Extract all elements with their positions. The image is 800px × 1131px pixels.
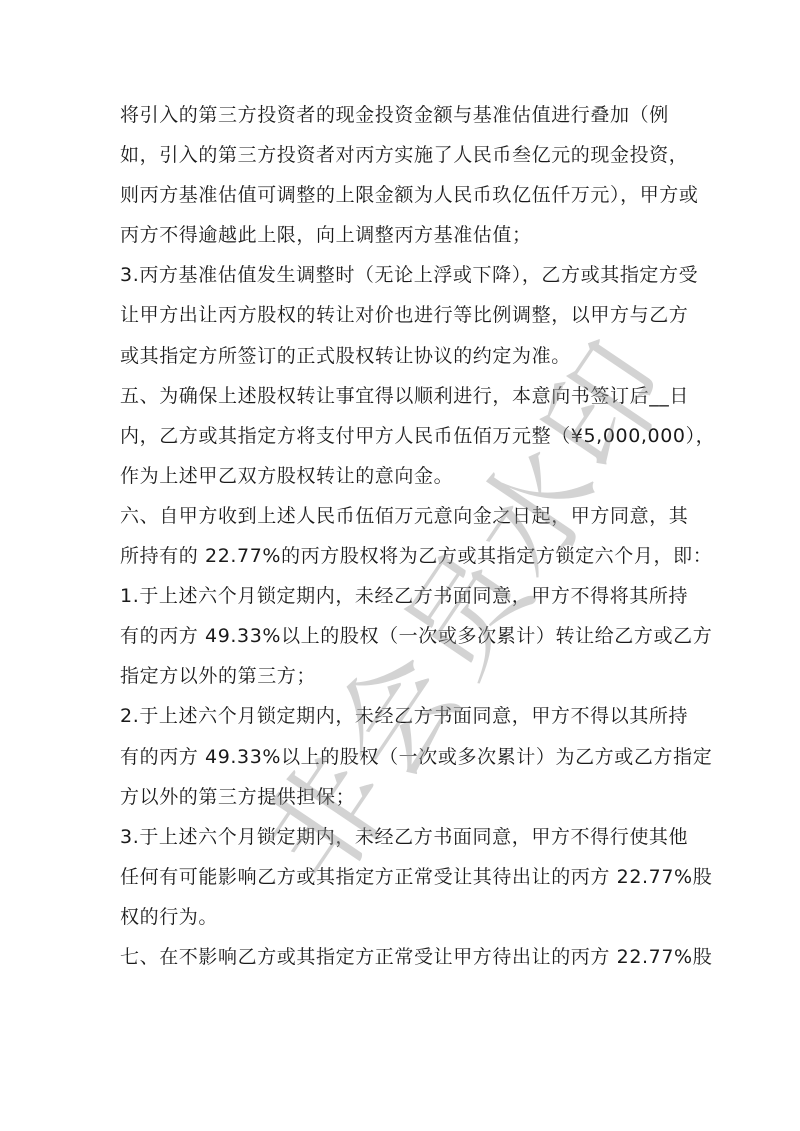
- text-line: 五、为确保上述股权转让事宜得以顺利进行，本意向书签订后__日: [120, 376, 690, 416]
- text-line: 七、在不影响乙方或其指定方正常受让甲方待出让的丙方 22.77%股: [120, 937, 690, 977]
- text-line: 指定方以外的第三方；: [120, 656, 690, 696]
- document-body: 将引入的第三方投资者的现金投资金额与基准估值进行叠加（例 如，引入的第三方投资者…: [120, 95, 690, 977]
- text-line: 有的丙方 49.33%以上的股权（一次或多次累计）为乙方或乙方指定: [120, 737, 690, 777]
- text-line: 权的行为。: [120, 897, 690, 937]
- document-page: 将引入的第三方投资者的现金投资金额与基准估值进行叠加（例 如，引入的第三方投资者…: [0, 0, 800, 1131]
- text-line: 丙方不得逾越此上限，向上调整丙方基准估值；: [120, 215, 690, 255]
- text-line: 方以外的第三方提供担保；: [120, 777, 690, 817]
- text-line: 1.于上述六个月锁定期内，未经乙方书面同意，甲方不得将其所持: [120, 576, 690, 616]
- text-line: 2.于上述六个月锁定期内，未经乙方书面同意，甲方不得以其所持: [120, 696, 690, 736]
- text-line: 所持有的 22.77%的丙方股权将为乙方或其指定方锁定六个月，即：: [120, 536, 690, 576]
- text-line: 或其指定方所签订的正式股权转让协议的约定为准。: [120, 336, 690, 376]
- text-line: 让甲方出让丙方股权的转让对价也进行等比例调整，以甲方与乙方: [120, 295, 690, 335]
- text-line: 将引入的第三方投资者的现金投资金额与基准估值进行叠加（例: [120, 95, 690, 135]
- text-line: 任何有可能影响乙方或其指定方正常受让其待出让的丙方 22.77%股: [120, 857, 690, 897]
- text-line: 3.于上述六个月锁定期内，未经乙方书面同意，甲方不得行使其他: [120, 817, 690, 857]
- text-line: 3.丙方基准估值发生调整时（无论上浮或下降），乙方或其指定方受: [120, 255, 690, 295]
- text-line: 作为上述甲乙双方股权转让的意向金。: [120, 456, 690, 496]
- text-line: 六、自甲方收到上述人民币伍佰万元意向金之日起，甲方同意，其: [120, 496, 690, 536]
- text-line: 如，引入的第三方投资者对丙方实施了人民币叁亿元的现金投资，: [120, 135, 690, 175]
- text-line: 内，乙方或其指定方将支付甲方人民币伍佰万元整（¥5,000,000），: [120, 416, 690, 456]
- text-line: 则丙方基准估值可调整的上限金额为人民币玖亿伍仟万元），甲方或: [120, 175, 690, 215]
- text-line: 有的丙方 49.33%以上的股权（一次或多次累计）转让给乙方或乙方: [120, 616, 690, 656]
